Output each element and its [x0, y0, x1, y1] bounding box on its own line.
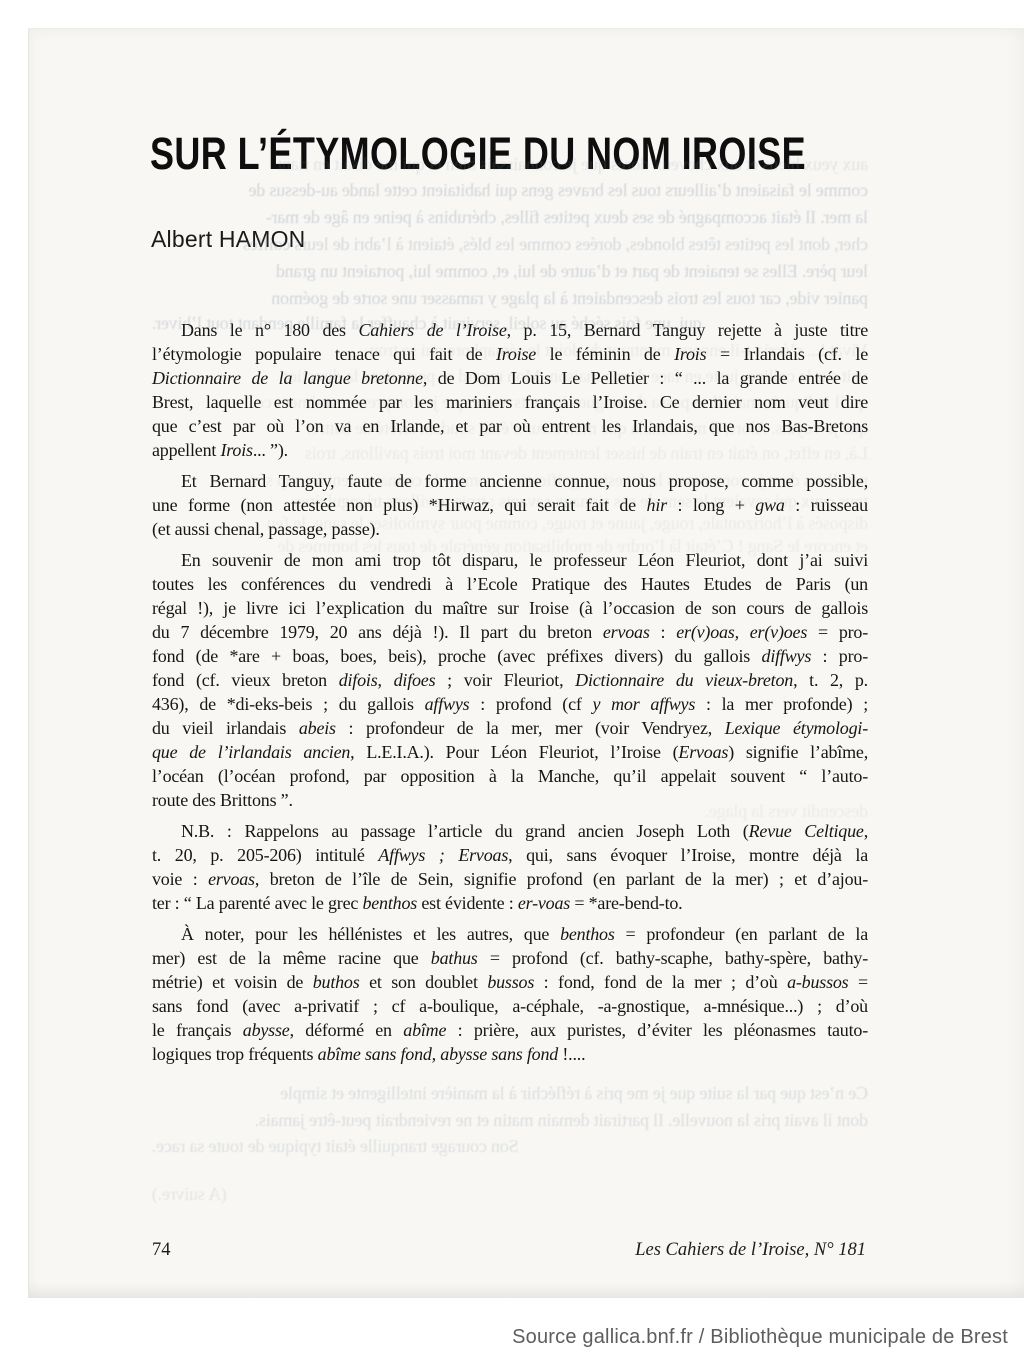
text-line: (et aussi chenal, passage, passe). [152, 517, 868, 541]
paragraph: N.B. : Rappelons au passage l’article du… [152, 819, 868, 915]
text-line: appellent Irois... ”). [152, 438, 868, 462]
text-line: 436), de *di-eks-beis ; du gallois affwy… [152, 692, 868, 716]
text-line: toutes les conférences du vendredi à l’E… [152, 572, 868, 596]
text-line: En souvenir de mon ami trop tôt disparu,… [152, 548, 868, 572]
article-body: Dans le n° 180 des Cahiers de l’Iroise, … [152, 318, 868, 1073]
text-line: logiques trop fréquents abîme sans fond,… [152, 1042, 868, 1066]
paragraph: Et Bernard Tanguy, faute de forme ancien… [152, 469, 868, 541]
text-line: sans fond (avec a-privatif ; cf a-bouliq… [152, 994, 868, 1018]
text-line: du 7 décembre 1979, 20 ans déjà !). Il p… [152, 620, 868, 644]
paragraph: Dans le n° 180 des Cahiers de l’Iroise, … [152, 318, 868, 462]
text-line: l’étymologie populaire tenace qui fait d… [152, 342, 868, 366]
text-line: t. 20, p. 205-206) intitulé Affwys ; Erv… [152, 843, 868, 867]
text-line: du vieil irlandais abeis : profondeur de… [152, 716, 868, 740]
text-line: mer) est de la même racine que bathus = … [152, 946, 868, 970]
source-attribution: Source gallica.bnf.fr / Bibliothèque mun… [512, 1326, 1008, 1349]
text-line: régal !), je livre ici l’explication du … [152, 596, 868, 620]
text-line: Brest, laquelle est nommée par les marin… [152, 390, 868, 414]
text-line: fond (de *are + boas, boes, beis), proch… [152, 644, 868, 668]
text-line: que c’est par où l’on va en Irlande, et … [152, 414, 868, 438]
text-line: l’océan (l’océan profond, par opposition… [152, 764, 868, 788]
journal-reference: Les Cahiers de l’Iroise, N° 181 [635, 1240, 866, 1261]
text-line: Dans le n° 180 des Cahiers de l’Iroise, … [152, 318, 868, 342]
text-line: une forme (non attestée non plus) *Hirwa… [152, 493, 868, 517]
page-footer: 74 Les Cahiers de l’Iroise, N° 181 [152, 1240, 868, 1264]
text-line: Et Bernard Tanguy, faute de forme ancien… [152, 469, 868, 493]
text-line: route des Brittons ”. [152, 788, 868, 812]
text-line: fond (cf. vieux breton difois, difoes ; … [152, 668, 868, 692]
page-number: 74 [152, 1240, 171, 1261]
text-line: ter : “ La parenté avec le grec benthos … [152, 891, 868, 915]
text-line: À noter, pour les héllénistes et les aut… [152, 922, 868, 946]
paragraph: En souvenir de mon ami trop tôt disparu,… [152, 548, 868, 812]
text-line: le français abysse, déformé en abîme : p… [152, 1018, 868, 1042]
text-line: que de l’irlandais ancien, L.E.I.A.). Po… [152, 740, 868, 764]
article-title: SUR L’ÉTYMOLOGIE DU NOM IROISE [150, 131, 806, 176]
text-line: Dictionnaire de la langue bretonne, de D… [152, 366, 868, 390]
text-line: métrie) et voisin de buthos et son doubl… [152, 970, 868, 994]
paragraph: À noter, pour les héllénistes et les aut… [152, 922, 868, 1066]
text-line: N.B. : Rappelons au passage l’article du… [152, 819, 868, 843]
scanned-document-page: { "header": { "title": "SUR L’ÉTYMOLOGIE… [0, 0, 1024, 1357]
text-line: voie : ervoas, breton de l’île de Sein, … [152, 867, 868, 891]
article-author: Albert HAMON [151, 227, 305, 252]
